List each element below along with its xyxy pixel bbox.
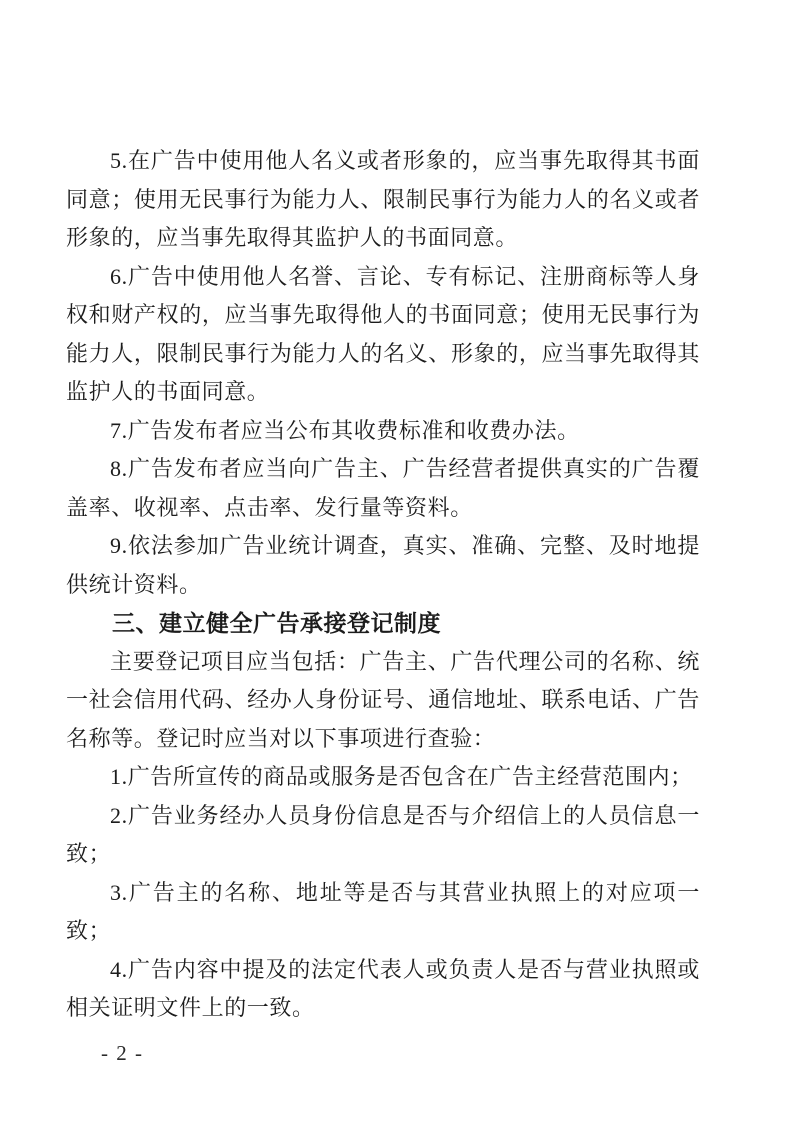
document-page: 5.在广告中使用他人名义或者形象的，应当事先取得其书面同意；使用无民事行为能力人…: [0, 0, 793, 1122]
para-item-6: 6.广告中使用他人名誉、言论、专有标记、注册商标等人身权和财产权的，应当事先取得…: [66, 258, 700, 412]
section-heading-3: 三、建立健全广告承接登记制度: [66, 604, 700, 643]
para-item-7: 7.广告发布者应当公布其收费标准和收费办法。: [66, 412, 700, 451]
para-item-8: 8.广告发布者应当向广告主、广告经营者提供真实的广告覆盖率、收视率、点击率、发行…: [66, 450, 700, 527]
para-item-5: 5.在广告中使用他人名义或者形象的，应当事先取得其书面同意；使用无民事行为能力人…: [66, 142, 700, 258]
para-check-item-1: 1.广告所宣传的商品或服务是否包含在广告主经营范围内；: [66, 758, 700, 797]
para-check-item-2: 2.广告业务经办人员身份信息是否与介绍信上的人员信息一致；: [66, 797, 700, 874]
para-check-item-3: 3.广告主的名称、地址等是否与其营业执照上的对应项一致；: [66, 874, 700, 951]
para-check-item-4: 4.广告内容中提及的法定代表人或负责人是否与营业执照或相关证明文件上的一致。: [66, 951, 700, 1028]
page-number: - 2 -: [101, 1041, 144, 1066]
para-item-9: 9.依法参加广告业统计调查，真实、准确、完整、及时地提供统计资料。: [66, 527, 700, 604]
para-registration-intro: 主要登记项目应当包括：广告主、广告代理公司的名称、统一社会信用代码、经办人身份证…: [66, 643, 700, 759]
